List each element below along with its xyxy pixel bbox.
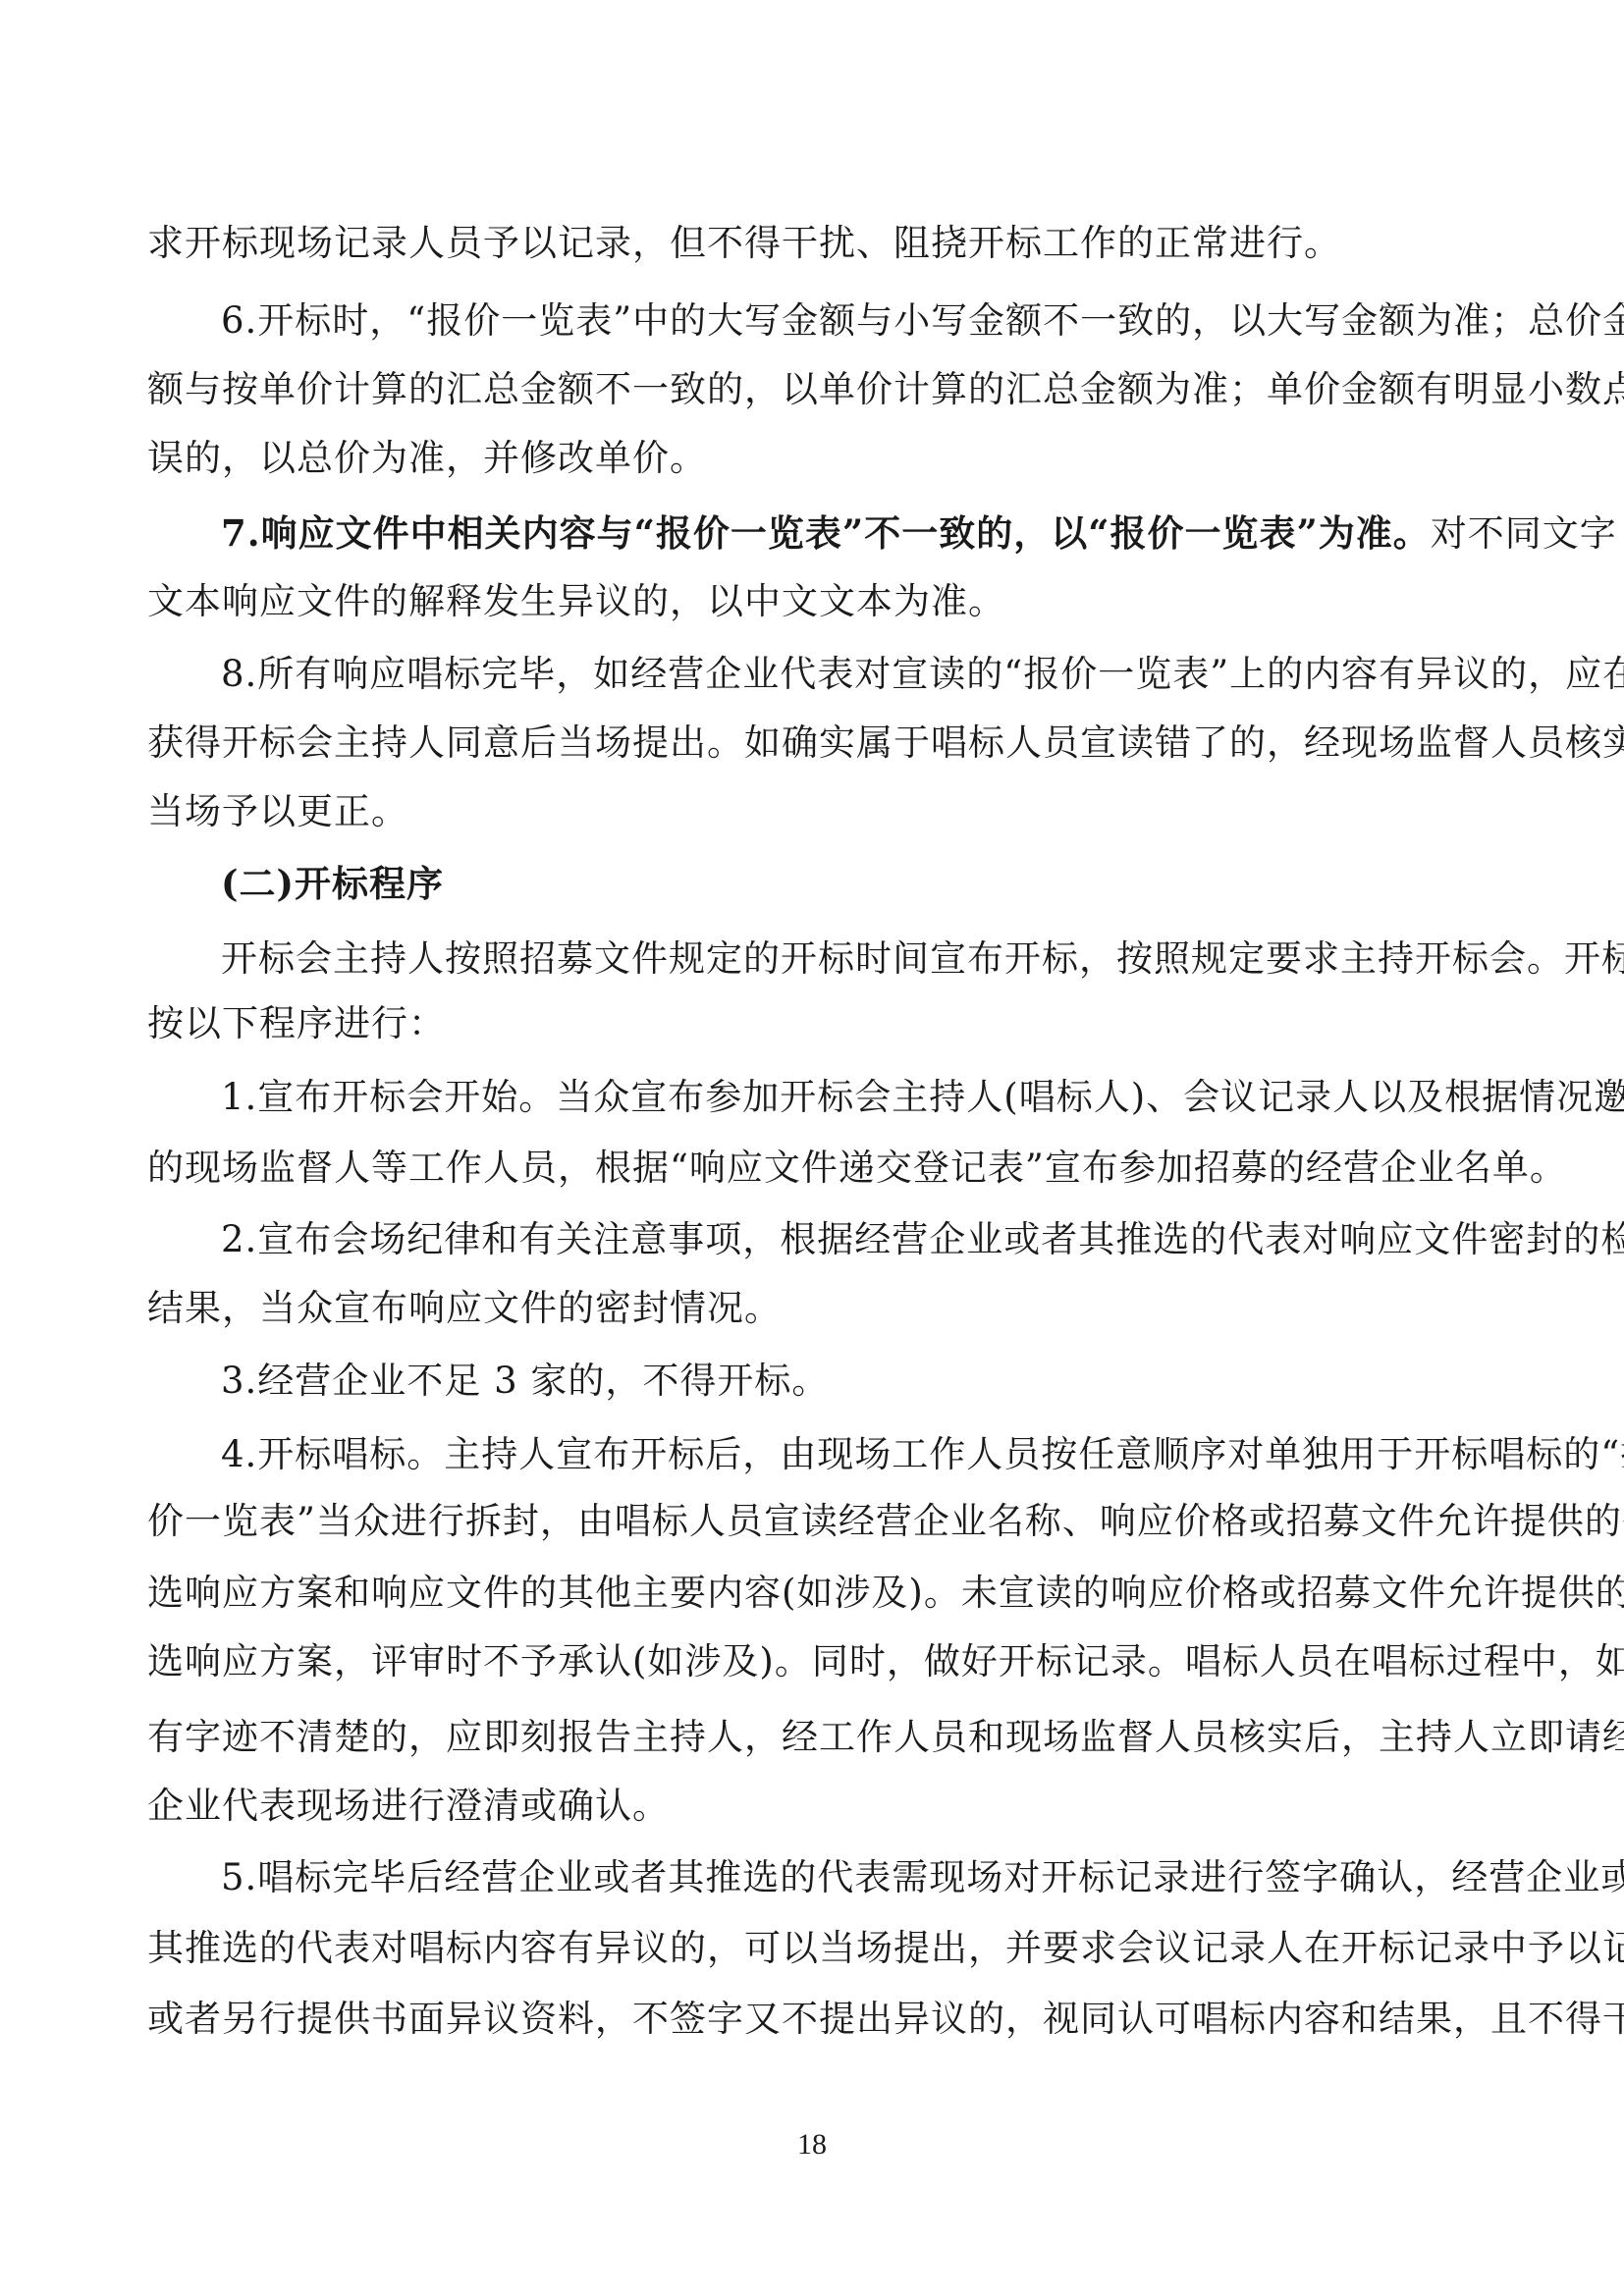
text-segment: 价一览表”当众进行拆封，由唱标人员宣读经营企业名称、响应价格或招募文件允许提供的… xyxy=(147,1500,1624,1542)
text-line: 误的，以总价为准，并修改单价。 xyxy=(147,437,1481,480)
text-line: 其推选的代表对唱标内容有异议的，可以当场提出，并要求会议记录人在开标记录中予以记… xyxy=(147,1927,1481,1970)
text-line: 当场予以更正。 xyxy=(147,790,1481,833)
text-segment: 误的，以总价为准，并修改单价。 xyxy=(147,437,707,479)
text-line: 结果，当众宣布响应文件的密封情况。 xyxy=(147,1287,1481,1330)
text-line: 文本响应文件的解释发生异议的，以中文文本为准。 xyxy=(147,580,1481,623)
text-segment: 按以下程序进行： xyxy=(147,1002,446,1044)
text-segment: 其推选的代表对唱标内容有异议的，可以当场提出，并要求会议记录人在开标记录中予以记… xyxy=(147,1927,1624,1969)
page-number: 18 xyxy=(0,2128,1624,2162)
text-line: 有字迹不清楚的，应即刻报告主持人，经工作人员和现场监督人员核实后，主持人立即请经… xyxy=(147,1716,1481,1759)
text-segment: 获得开标会主持人同意后当场提出。如确实属于唱标人员宣读错了的，经现场监督人员核实… xyxy=(147,721,1624,764)
text-segment: 8.所有响应唱标完毕，如经营企业代表对宣读的“报价一览表”上的内容有异议的，应在 xyxy=(221,653,1624,695)
text-segment: 2.宣布会场纪律和有关注意事项，根据经营企业或者其推选的代表对响应文件密封的检查 xyxy=(221,1218,1624,1260)
text-line: (二)开标程序 xyxy=(221,862,1481,906)
text-line: 4.开标唱标。主持人宣布开标后，由现场工作人员按任意顺序对单独用于开标唱标的“报 xyxy=(221,1433,1481,1476)
text-line: 或者另行提供书面异议资料，不签字又不提出异议的，视同认可唱标内容和结果，且不得干… xyxy=(147,1998,1481,2041)
text-segment: 对不同文字 xyxy=(1431,512,1617,555)
text-line: 企业代表现场进行澄清或确认。 xyxy=(147,1785,1481,1828)
text-line: 额与按单价计算的汇总金额不一致的，以单价计算的汇总金额为准；单价金额有明显小数点… xyxy=(147,368,1481,411)
text-segment: 选响应方案，评审时不予承认(如涉及)。同时，做好开标记录。唱标人员在唱标过程中，… xyxy=(147,1640,1624,1682)
text-line: 获得开标会主持人同意后当场提出。如确实属于唱标人员宣读错了的，经现场监督人员核实… xyxy=(147,721,1481,765)
text-segment: 求开标现场记录人员予以记录，但不得干扰、阻挠开标工作的正常进行。 xyxy=(147,222,1341,264)
bold-text-segment: (二)开标程序 xyxy=(221,862,444,905)
text-line: 1.宣布开标会开始。当众宣布参加开标会主持人(唱标人)、会议记录人以及根据情况邀… xyxy=(221,1076,1481,1119)
text-segment: 当场予以更正。 xyxy=(147,790,408,832)
text-segment: 4.开标唱标。主持人宣布开标后，由现场工作人员按任意顺序对单独用于开标唱标的“报 xyxy=(221,1433,1624,1475)
text-segment: 5.唱标完毕后经营企业或者其推选的代表需现场对开标记录进行签字确认，经营企业或者 xyxy=(221,1856,1624,1898)
text-segment: 额与按单价计算的汇总金额不一致的，以单价计算的汇总金额为准；单价金额有明显小数点… xyxy=(147,368,1624,410)
text-segment: 文本响应文件的解释发生异议的，以中文文本为准。 xyxy=(147,580,1005,622)
text-line: 价一览表”当众进行拆封，由唱标人员宣读经营企业名称、响应价格或招募文件允许提供的… xyxy=(147,1500,1481,1543)
text-segment: 有字迹不清楚的，应即刻报告主持人，经工作人员和现场监督人员核实后，主持人立即请经… xyxy=(147,1716,1624,1758)
text-segment: 1.宣布开标会开始。当众宣布参加开标会主持人(唱标人)、会议记录人以及根据情况邀… xyxy=(221,1076,1624,1118)
text-segment: 结果，当众宣布响应文件的密封情况。 xyxy=(147,1287,782,1329)
text-line: 3.经营企业不足 3 家的，不得开标。 xyxy=(221,1360,1481,1403)
text-segment: 企业代表现场进行澄清或确认。 xyxy=(147,1785,670,1827)
text-line: 5.唱标完毕后经营企业或者其推选的代表需现场对开标记录进行签字确认，经营企业或者 xyxy=(221,1856,1481,1899)
text-line: 选响应方案，评审时不予承认(如涉及)。同时，做好开标记录。唱标人员在唱标过程中，… xyxy=(147,1640,1481,1683)
text-line: 7.响应文件中相关内容与“报价一览表”不一致的，以“报价一览表”为准。对不同文字 xyxy=(221,511,1481,556)
text-segment: 3.经营企业不足 3 家的，不得开标。 xyxy=(221,1360,829,1402)
text-segment: 的现场监督人等工作人员，根据“响应文件递交登记表”宣布参加招募的经营企业名单。 xyxy=(147,1147,1567,1189)
bold-text-segment: 7.响应文件中相关内容与“报价一览表”不一致的，以“报价一览表”为准。 xyxy=(221,511,1431,555)
text-line: 6.开标时，“报价一览表”中的大写金额与小写金额不一致的，以大写金额为准；总价金 xyxy=(221,299,1481,343)
text-segment: 或者另行提供书面异议资料，不签字又不提出异议的，视同认可唱标内容和结果，且不得干… xyxy=(147,1998,1624,2040)
text-line: 求开标现场记录人员予以记录，但不得干扰、阻挠开标工作的正常进行。 xyxy=(147,222,1481,265)
text-line: 开标会主持人按照招募文件规定的开标时间宣布开标，按照规定要求主持开标会。开标将 xyxy=(221,937,1481,981)
text-line: 的现场监督人等工作人员，根据“响应文件递交登记表”宣布参加招募的经营企业名单。 xyxy=(147,1147,1481,1190)
text-segment: 开标会主持人按照招募文件规定的开标时间宣布开标，按照规定要求主持开标会。开标将 xyxy=(221,937,1624,980)
text-line: 按以下程序进行： xyxy=(147,1002,1481,1045)
text-segment: 选响应方案和响应文件的其他主要内容(如涉及)。未宣读的响应价格或招募文件允许提供… xyxy=(147,1572,1624,1614)
text-line: 选响应方案和响应文件的其他主要内容(如涉及)。未宣读的响应价格或招募文件允许提供… xyxy=(147,1572,1481,1615)
text-line: 8.所有响应唱标完毕，如经营企业代表对宣读的“报价一览表”上的内容有异议的，应在 xyxy=(221,653,1481,696)
text-line: 2.宣布会场纪律和有关注意事项，根据经营企业或者其推选的代表对响应文件密封的检查 xyxy=(221,1218,1481,1261)
text-segment: 6.开标时，“报价一览表”中的大写金额与小写金额不一致的，以大写金额为准；总价金 xyxy=(221,299,1624,342)
